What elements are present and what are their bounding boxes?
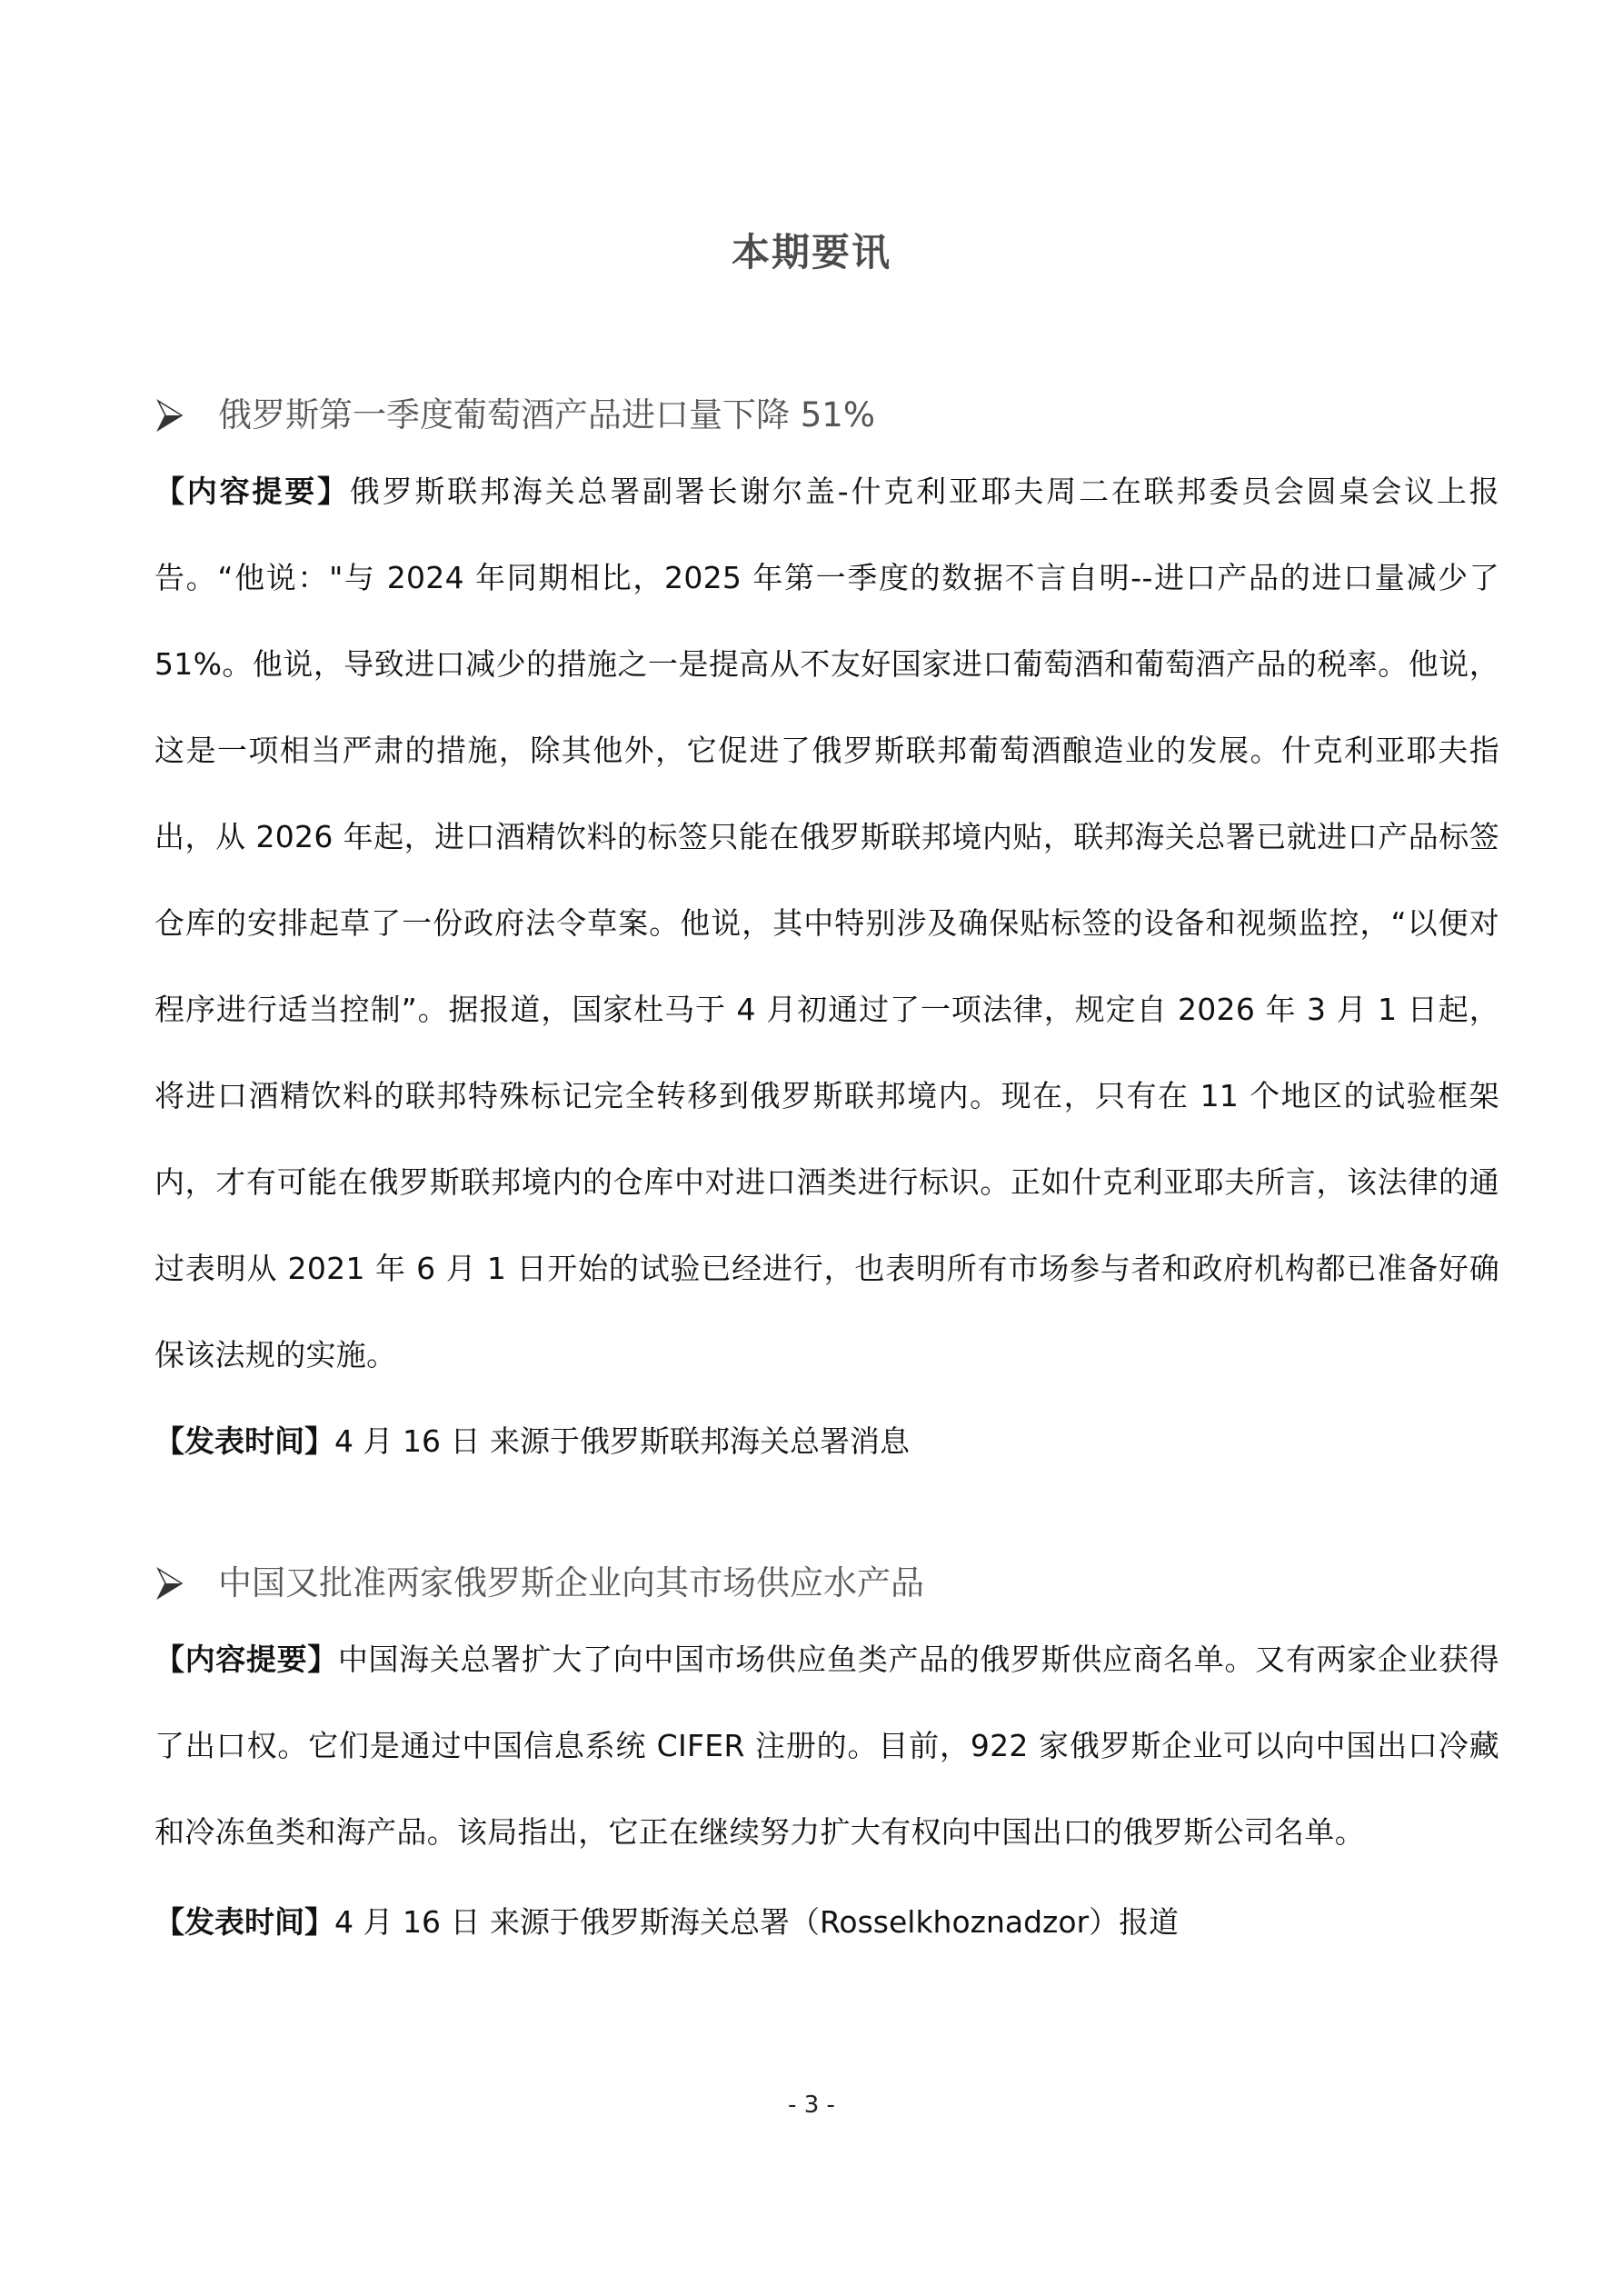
date-text: 4 月 16 日 来源于俄罗斯联邦海关总署消息 <box>334 1423 910 1459</box>
article-2-date-line: 【发表时间】4 月 16 日 来源于俄罗斯海关总署（Rosselkhoznadz… <box>154 1879 1499 1965</box>
page-title: 本期要讯 <box>0 225 1623 280</box>
arrow-bullet-icon <box>156 1567 184 1600</box>
article-2: 中国又批准两家俄罗斯企业向其市场供应水产品 【内容提要】中国海关总署扩大了向中国… <box>154 1556 1499 1965</box>
date-label: 【发表时间】 <box>154 1423 334 1459</box>
summary-text: 俄罗斯联邦海关总署副署长谢尔盖-什克利亚耶夫周二在联邦委员会圆桌会议上报告。“他… <box>154 474 1499 1373</box>
summary-text: 中国海关总署扩大了向中国市场供应鱼类产品的俄罗斯供应商名单。又有两家企业获得了出… <box>154 1642 1499 1850</box>
article-1: 俄罗斯第一季度葡萄酒产品进口量下降 51% 【内容提要】俄罗斯联邦海关总署副署长… <box>154 388 1499 1484</box>
page-number: - 3 - <box>0 2087 1623 2123</box>
arrow-bullet-icon <box>156 399 184 432</box>
article-1-heading-text: 俄罗斯第一季度葡萄酒产品进口量下降 51% <box>218 388 875 443</box>
article-2-heading: 中国又批准两家俄罗斯企业向其市场供应水产品 <box>154 1556 1499 1611</box>
date-text: 4 月 16 日 来源于俄罗斯海关总署（Rosselkhoznadzor）报道 <box>334 1904 1179 1940</box>
article-1-heading: 俄罗斯第一季度葡萄酒产品进口量下降 51% <box>154 388 1499 443</box>
date-label: 【发表时间】 <box>154 1904 334 1940</box>
article-2-heading-text: 中国又批准两家俄罗斯企业向其市场供应水产品 <box>218 1556 924 1611</box>
summary-label: 【内容提要】 <box>154 1642 338 1677</box>
article-1-summary: 【内容提要】俄罗斯联邦海关总署副署长谢尔盖-什克利亚耶夫周二在联邦委员会圆桌会议… <box>154 448 1499 1398</box>
article-1-date-line: 【发表时间】4 月 16 日 来源于俄罗斯联邦海关总署消息 <box>154 1398 1499 1484</box>
summary-label: 【内容提要】 <box>154 474 350 509</box>
article-2-summary: 【内容提要】中国海关总署扩大了向中国市场供应鱼类产品的俄罗斯供应商名单。又有两家… <box>154 1616 1499 1875</box>
